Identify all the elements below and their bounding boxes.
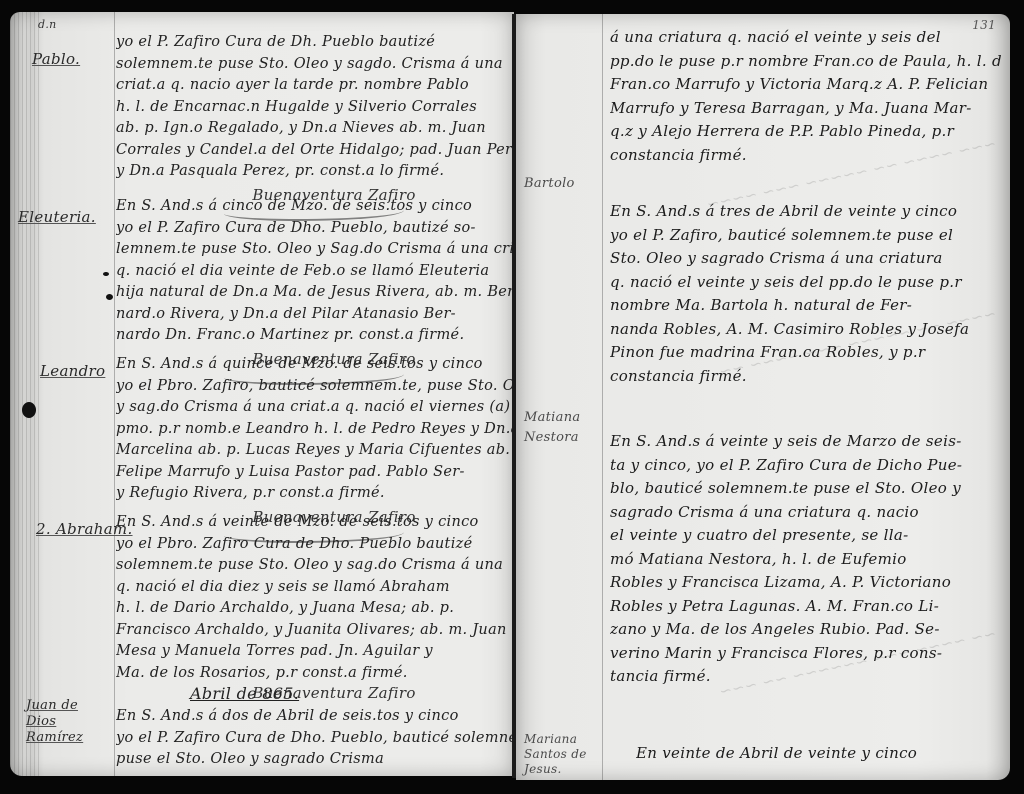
entry-line: yo el P. Zafiro Cura de Dho. Pueblo, bau… [116,728,512,750]
entry-line: zano y Ma. de los Angeles Rubio. Pad. Se… [610,618,1002,642]
entry-line: Mesa y Manuela Torres pad. Jn. Aguilar y [116,641,512,663]
entry-line: q. nació el veinte y seis del pp.do le p… [610,271,1002,295]
margin-name-matiana-nestora: Matiana Nestora [524,408,604,448]
entry-matiana-nestora: En S. And.s á veinte y seis de Marzo de … [610,430,1002,689]
entry-line: yo el Pbro. Zafiro Cura de Dho. Pueblo b… [116,534,512,556]
entry-line: En S. And.s á quince de Mzo. de seis.tos… [116,354,512,376]
margin-name-eleuteria: Eleuteria. [18,208,96,226]
entry-line: ab. p. Ign.o Regalado, y Dn.a Nieves ab.… [116,118,512,140]
entry-line: pmo. p.r nomb.e Leandro h. l. de Pedro R… [116,419,512,441]
margin-rule [602,14,603,780]
entry-line: q. nació el dia diez y seis se llamó Abr… [116,577,512,599]
ink-mark [106,294,113,300]
margin-name-pablo: Pablo. [32,50,80,68]
entry-line: En S. And.s á dos de Abril de seis.tos y… [116,706,512,728]
entry-line: constancia firmé. [610,144,1002,168]
entry-line: tancia firmé. [610,665,1002,689]
entry-line: En S. And.s á veinte de Mzo. de seis.tos… [116,512,512,534]
ink-blot [22,402,36,418]
page-edge-stack [10,12,40,776]
entry-line: nardo Dn. Franc.o Martinez pr. const.a f… [116,325,512,347]
entry-line: Pinon fue madrina Fran.ca Robles, y p.r [610,341,1002,365]
entry-line: yo el P. Zafiro Cura de Dho. Pueblo, bau… [116,218,512,240]
left-page: d.n Pablo. yo el P. Zafiro Cura de Dh. P… [10,12,514,776]
entry-line: solemnem.te puse Sto. Oleo y sagdo. Cris… [116,54,512,76]
margin-name-leandro: Leandro [40,362,105,380]
entry-line: Ma. de los Rosarios, p.r const.a firmé. [116,663,512,685]
entry-line: yo el P. Zafiro, bauticé solemnem.te pus… [610,224,1002,248]
entry-line: hija natural de Dn.a Ma. de Jesus Rivera… [116,282,512,304]
entry-line: Francisco Archaldo, y Juanita Olivares; … [116,620,512,642]
entry-continuation: á una criatura q. nació el veinte y seis… [610,26,1002,167]
entry-line: En S. And.s á cinco de Mzo. de seis.tos … [116,196,512,218]
entry-line: En S. And.s á veinte y seis de Marzo de … [610,430,1002,454]
entry-line: blo, bauticé solemnem.te puse el Sto. Ol… [610,477,1002,501]
entry-line: Felipe Marrufo y Luisa Pastor pad. Pablo… [116,462,512,484]
entry-line: nanda Robles, A. M. Casimiro Robles y Jo… [610,318,1002,342]
entry-line: En veinte de Abril de veinte y cinco [636,742,1010,766]
entry-line: q.z y Alejo Herrera de P.P. Pablo Pineda… [610,120,1002,144]
entry-juan-de-dios: En S. And.s á dos de Abril de seis.tos y… [116,706,512,771]
margin-name-juan-de-dios: Juan de Dios Ramírez [26,698,106,746]
entry-line: pp.do le puse p.r nombre Fran.co de Paul… [610,50,1002,74]
entry-line: y Refugio Rivera, p.r const.a firmé. [116,483,512,505]
entry-line: ta y cinco, yo el P. Zafiro Cura de Dich… [610,454,1002,478]
entry-line: puse el Sto. Oleo y sagrado Crisma [116,749,512,771]
entry-line: q. nació el dia veinte de Feb.o se llamó… [116,261,512,283]
entry-line: mó Matiana Nestora, h. l. de Eufemio [610,548,1002,572]
margin-name-mariana: Mariana Santos de Jesus. [524,732,608,777]
entry-mariana: En veinte de Abril de veinte y cinco [636,742,1010,766]
entry-line: Marrufo y Teresa Barragan, y Ma. Juana M… [610,97,1002,121]
entry-line: h. l. de Encarnac.n Hugalde y Silverio C… [116,97,512,119]
entry-line: yo el Pbro. Zafiro, bauticé solemnem.te,… [116,376,512,398]
entry-line: Marcelina ab. p. Lucas Reyes y Maria Cif… [116,440,512,462]
margin-rule [114,12,115,776]
entry-line: constancia firmé. [610,365,1002,389]
section-heading: Abril de 865. [190,684,299,703]
signature: Buenaventura Zafiro [116,684,512,702]
entry-line: yo el P. Zafiro Cura de Dh. Pueblo bauti… [116,32,512,54]
entry-line: Robles y Petra Lagunas. A. M. Fran.co Li… [610,595,1002,619]
entry-line: solemnem.te puse Sto. Oleo y sag.do Cris… [116,555,512,577]
entry-abraham: En S. And.s á veinte de Mzo. de seis.tos… [116,512,512,702]
entry-line: nombre Ma. Bartola h. natural de Fer- [610,294,1002,318]
right-page: 131 ~~~ ~~~~ ~~ ~~~~~ ~~~ ~~~~ ~~~~ ~~ ~… [516,14,1010,780]
entry-line: lemnem.te puse Sto. Oleo y Sag.do Crisma… [116,239,512,261]
ink-mark [103,272,109,276]
entry-line: Corrales y Candel.a del Orte Hidalgo; pa… [116,140,512,162]
entry-line: h. l. de Dario Archaldo, y Juana Mesa; a… [116,598,512,620]
entry-line: sagrado Crisma á una criatura q. nacio [610,501,1002,525]
entry-line: criat.a q. nacio ayer la tarde pr. nombr… [116,75,512,97]
margin-name-bartolo: Bartolo [524,176,575,191]
entry-line: el veinte y cuatro del presente, se lla- [610,524,1002,548]
entry-line: nard.o Rivera, y Dn.a del Pilar Atanasio… [116,304,512,326]
entry-line: Sto. Oleo y sagrado Crisma á una criatur… [610,247,1002,271]
entry-bartolo: En S. And.s á tres de Abril de veinte y … [610,200,1002,388]
entry-line: y Dn.a Pasquala Perez, pr. const.a lo fi… [116,161,512,183]
manuscript-viewer: d.n Pablo. yo el P. Zafiro Cura de Dh. P… [0,0,1024,794]
entry-line: Robles y Francisca Lizama, A. P. Victori… [610,571,1002,595]
entry-line: Fran.co Marrufo y Victoria Marq.z A. P. … [610,73,1002,97]
entry-line: y sag.do Crisma á una criat.a q. nació e… [116,397,512,419]
entry-pablo: yo el P. Zafiro Cura de Dh. Pueblo bauti… [116,32,512,221]
entry-line: En S. And.s á tres de Abril de veinte y … [610,200,1002,224]
entry-line: á una criatura q. nació el veinte y seis… [610,26,1002,50]
corner-mark: d.n [38,18,57,31]
entry-line: verino Marin y Francisca Flores, p.r con… [610,642,1002,666]
